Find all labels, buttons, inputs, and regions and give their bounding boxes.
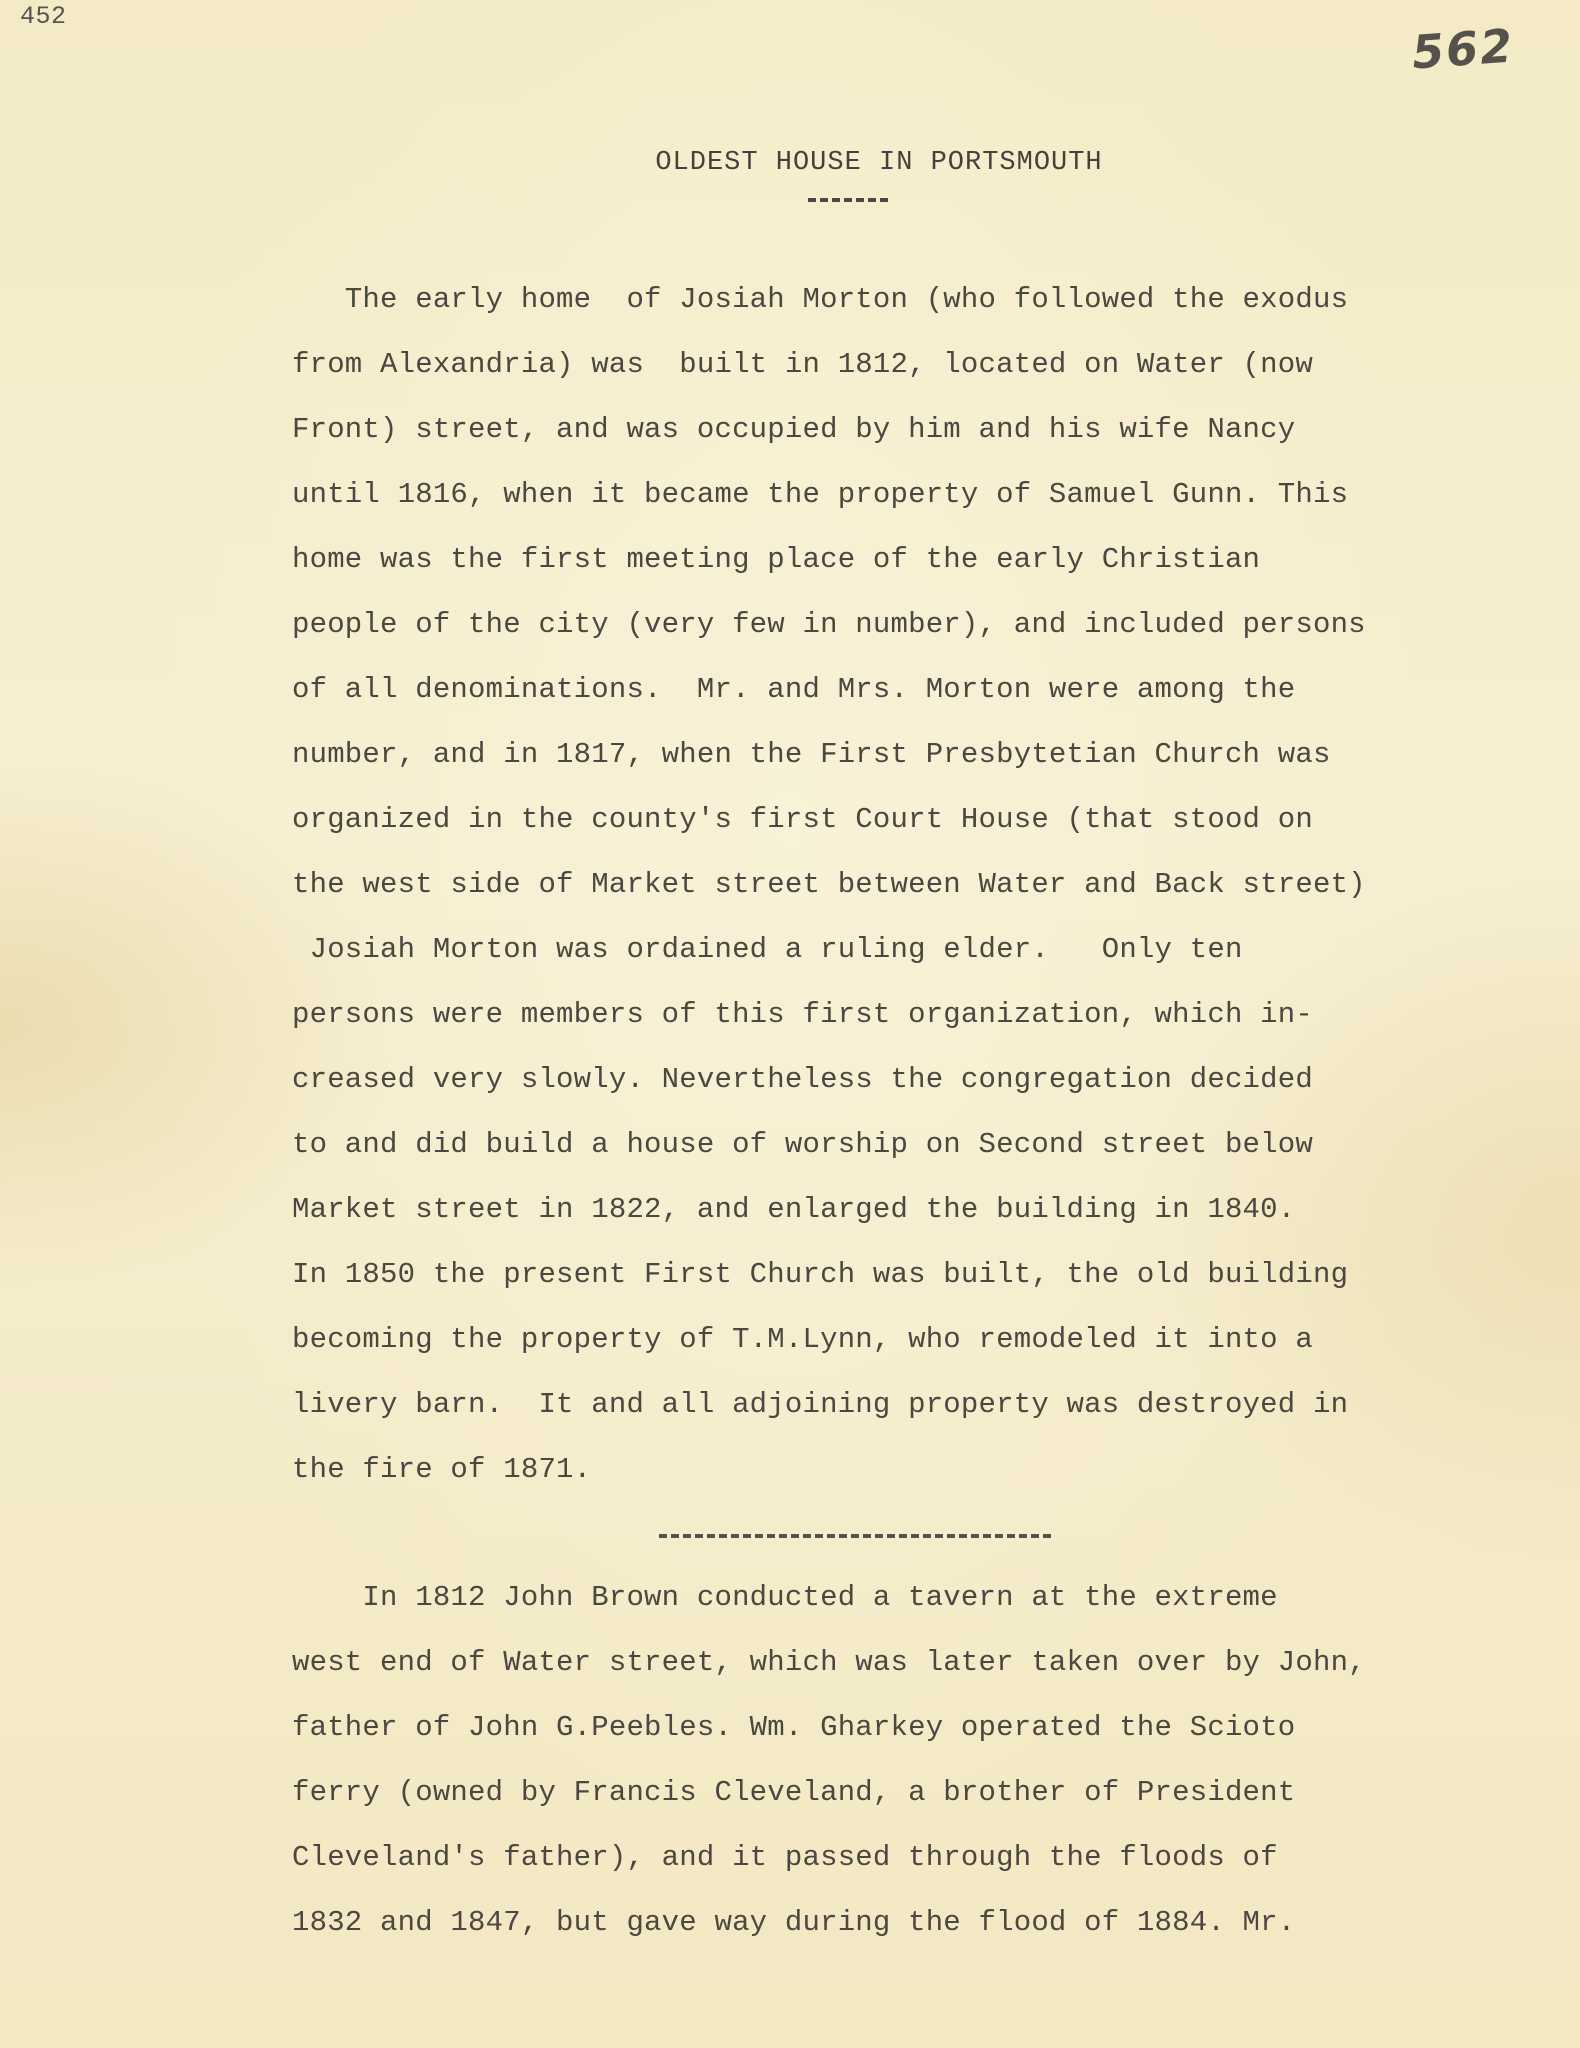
section-separator-rule [659,1534,1051,1538]
text-line: father of John G.Peebles. Wm. Gharkey op… [292,1704,1492,1769]
text-line: number, and in 1817, when the First Pres… [292,731,1492,796]
text-line: to and did build a house of worship on S… [292,1121,1492,1186]
text-line: becoming the property of T.M.Lynn, who r… [292,1316,1492,1381]
text-line: 1832 and 1847, but gave way during the f… [292,1899,1492,1964]
text-line: Josiah Morton was ordained a ruling elde… [292,926,1492,991]
text-line: home was the first meeting place of the … [292,536,1492,601]
document-title: OLDEST HOUSE IN PORTSMOUTH [0,148,1580,178]
text-line: Market street in 1822, and enlarged the … [292,1186,1492,1251]
title-underline-rule [808,198,888,202]
text-line: The early home of Josiah Morton (who fol… [292,276,1492,341]
page-number: 452 [20,2,67,31]
text-line: In 1850 the present First Church was bui… [292,1251,1492,1316]
text-line: until 1816, when it became the property … [292,471,1492,536]
handwritten-page-number: 562 [1410,19,1516,80]
text-line: west end of Water street, which was late… [292,1639,1492,1704]
text-line: of all denominations. Mr. and Mrs. Morto… [292,666,1492,731]
text-line: organized in the county's first Court Ho… [292,796,1492,861]
text-line: people of the city (very few in number),… [292,601,1492,666]
section-tavern-ferry: In 1812 John Brown conducted a tavern at… [292,1574,1492,1964]
text-line: Cleveland's father), and it passed throu… [292,1834,1492,1899]
text-line: In 1812 John Brown conducted a tavern at… [292,1574,1492,1639]
document-page: 452 562 OLDEST HOUSE IN PORTSMOUTH The e… [0,0,1580,2048]
text-line: the fire of 1871. [292,1446,1492,1511]
text-line: persons were members of this first organ… [292,991,1492,1056]
text-line: the west side of Market street between W… [292,861,1492,926]
text-line: creased very slowly. Nevertheless the co… [292,1056,1492,1121]
text-line: livery barn. It and all adjoining proper… [292,1381,1492,1446]
section-oldest-house: The early home of Josiah Morton (who fol… [292,276,1492,1511]
text-line: from Alexandria) was built in 1812, loca… [292,341,1492,406]
text-line: Front) street, and was occupied by him a… [292,406,1492,471]
text-line: ferry (owned by Francis Cleveland, a bro… [292,1769,1492,1834]
